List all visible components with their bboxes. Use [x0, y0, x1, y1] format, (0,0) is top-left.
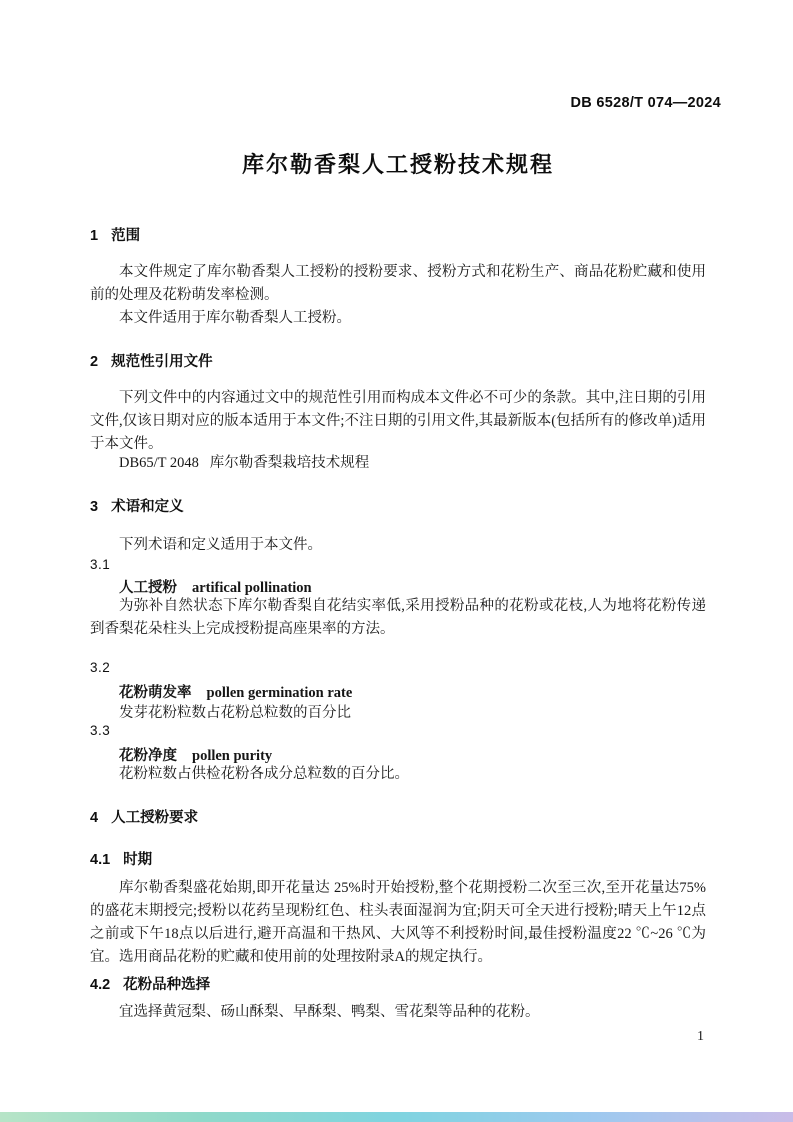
section-3-intro: 下列术语和定义适用于本文件。: [90, 534, 706, 557]
term-3-2-name: 花粉萌发率pollen germination rate: [119, 681, 735, 702]
term-3-2-name-en: pollen germination rate: [207, 685, 353, 701]
term-3-2-number: 3.2: [90, 660, 706, 675]
normative-reference-line: DB65/T 2048 库尔勒香梨栽培技术规程: [90, 452, 706, 475]
subsection-4-1-number: 4.1: [90, 852, 110, 868]
section-3-title: 术语和定义: [111, 499, 184, 515]
section-1-paragraph-1: 本文件规定了库尔勒香梨人工授粉的授粉要求、授粉方式和花粉生产、商品花粉贮藏和使用…: [90, 261, 706, 307]
section-2-number: 2: [90, 354, 98, 370]
page-number: 1: [697, 1029, 704, 1045]
section-4-title: 人工授粉要求: [111, 810, 198, 826]
term-3-3-name-cn: 花粉净度: [119, 748, 177, 764]
subsection-4-1-heading: 4.1时期: [90, 848, 706, 869]
subsection-4-2-heading: 4.2花粉品种选择: [90, 973, 706, 994]
term-3-2-definition: 发芽花粉粒数占花粉总粒数的百分比: [90, 702, 706, 725]
document-page: DB 6528/T 074—2024 库尔勒香梨人工授粉技术规程 1范围 本文件…: [0, 0, 793, 1122]
term-3-3-number: 3.3: [90, 723, 706, 738]
term-3-3-name-en: pollen purity: [192, 748, 272, 764]
section-1-heading: 1范围: [90, 224, 706, 245]
subsection-4-2-number: 4.2: [90, 977, 110, 993]
doc-title: 库尔勒香梨人工授粉技术规程: [90, 148, 706, 179]
bottom-gradient-strip: [0, 1112, 793, 1122]
section-4-heading: 4人工授粉要求: [90, 806, 706, 827]
subsection-4-1-title: 时期: [123, 852, 152, 868]
term-3-1-number: 3.1: [90, 557, 706, 572]
section-2-title: 规范性引用文件: [111, 354, 213, 370]
section-3-heading: 3术语和定义: [90, 495, 706, 516]
subsection-4-2-title: 花粉品种选择: [123, 977, 210, 993]
section-3-number: 3: [90, 499, 98, 515]
term-3-1-name-cn: 人工授粉: [119, 580, 177, 596]
section-4-number: 4: [90, 810, 98, 826]
subsection-4-2-paragraph: 宜选择黄冠梨、砀山酥梨、早酥梨、鸭梨、雪花梨等品种的花粉。: [90, 1001, 706, 1024]
term-3-1-definition: 为弥补自然状态下库尔勒香梨自花结实率低,采用授粉品种的花粉或花枝,人为地将花粉传…: [90, 595, 706, 641]
term-3-2-name-cn: 花粉萌发率: [119, 685, 192, 701]
section-1-number: 1: [90, 228, 98, 244]
section-2-heading: 2规范性引用文件: [90, 350, 706, 371]
doc-code: DB 6528/T 074—2024: [571, 95, 722, 111]
section-1-title: 范围: [111, 228, 140, 244]
subsection-4-1-paragraph: 库尔勒香梨盛花始期,即开花量达 25%时开始授粉,整个花期授粉二次至三次,至开花…: [90, 877, 706, 969]
term-3-3-name: 花粉净度pollen purity: [119, 744, 735, 765]
term-3-1-name-en: artifical pollination: [192, 580, 312, 596]
section-2-paragraph-1: 下列文件中的内容通过文中的规范性引用而构成本文件必不可少的条款。其中,注日期的引…: [90, 387, 706, 456]
section-1-paragraph-2: 本文件适用于库尔勒香梨人工授粉。: [90, 307, 706, 330]
term-3-1-name: 人工授粉artifical pollination: [119, 576, 735, 597]
term-3-3-definition: 花粉粒数占供检花粉各成分总粒数的百分比。: [90, 763, 706, 786]
